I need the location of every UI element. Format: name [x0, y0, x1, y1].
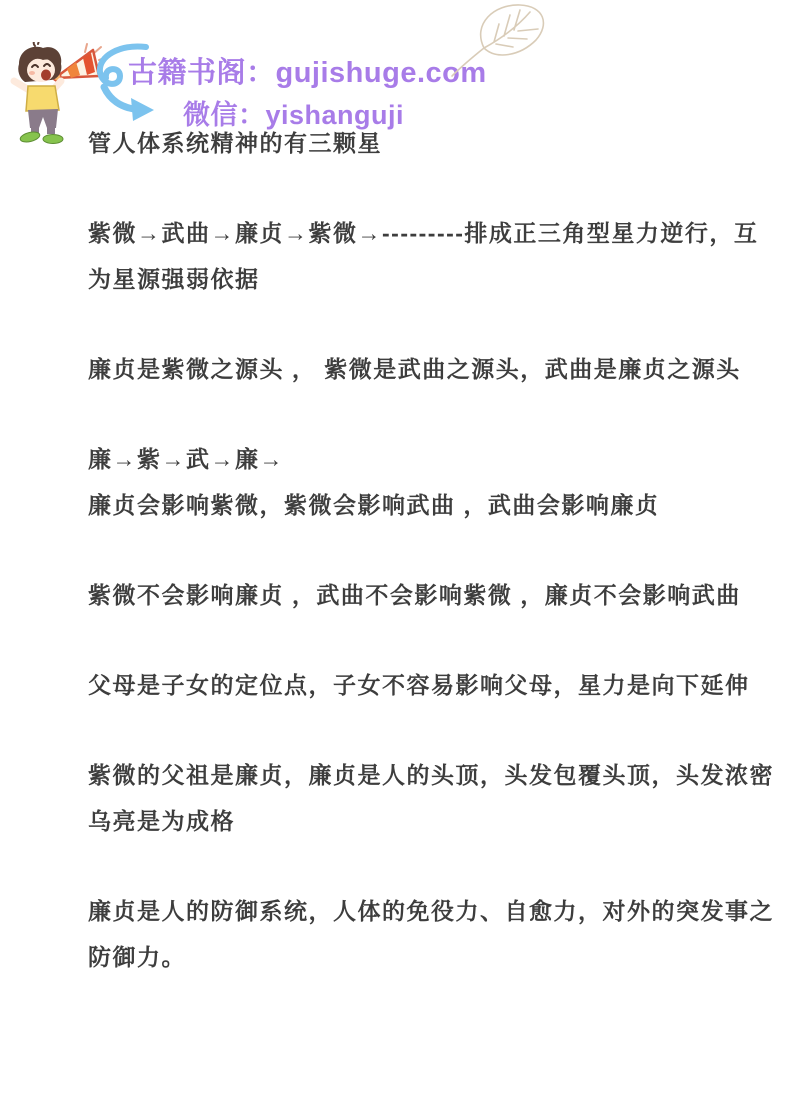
document-body: 管人体系统精神的有三颗星 紫微→武曲→廉贞→紫微→---------排成正三角型…	[88, 120, 728, 1024]
paragraph: 廉贞是紫微之源头 ， 紫微是武曲之源头，武曲是廉贞之源头	[88, 346, 728, 392]
text-line: 乌亮是为成格	[88, 798, 728, 844]
text-line: 廉贞会影响紫微，紫微会影响武曲 ，武曲会影响廉贞	[88, 482, 728, 528]
text-line: 廉贞是人的防御系统，人体的免役力、自愈力，对外的突发事之	[88, 888, 728, 934]
paragraph: 廉贞是人的防御系统，人体的免役力、自愈力，对外的突发事之 防御力。	[88, 888, 728, 980]
text-line: 为星源强弱依据	[88, 256, 728, 302]
scanned-document-page: 古籍书阁：gujishuge.com 微信：yishanguji 管人体系统精神…	[0, 0, 786, 1101]
leaf-outline-icon	[446, 2, 556, 80]
text-line: 管人体系统精神的有三颗星	[88, 120, 728, 166]
text-line: 紫微的父祖是廉贞，廉贞是人的头顶，头发包覆头顶，头发浓密	[88, 752, 728, 798]
text-line: 廉→紫→武→廉→	[88, 436, 728, 482]
text-line: 防御力。	[88, 934, 728, 980]
paragraph: 管人体系统精神的有三颗星	[88, 120, 728, 166]
paragraph: 紫微→武曲→廉贞→紫微→---------排成正三角型星力逆行，互 为星源强弱依…	[88, 210, 728, 302]
text-line: 紫微不会影响廉贞 ，武曲不会影响紫微 ，廉贞不会影响武曲	[88, 572, 728, 618]
text-line: 廉贞是紫微之源头 ， 紫微是武曲之源头，武曲是廉贞之源头	[88, 346, 728, 392]
text-line: 父母是子女的定位点，子女不容易影响父母，星力是向下延伸	[88, 662, 728, 708]
watermark-site-line: 古籍书阁：gujishuge.com	[128, 50, 487, 91]
paragraph: 廉→紫→武→廉→ 廉贞会影响紫微，紫微会影响武曲 ，武曲会影响廉贞	[88, 436, 728, 528]
paragraph: 父母是子女的定位点，子女不容易影响父母，星力是向下延伸	[88, 662, 728, 708]
paragraph: 紫微的父祖是廉贞，廉贞是人的头顶，头发包覆头顶，头发浓密 乌亮是为成格	[88, 752, 728, 844]
text-line: 紫微→武曲→廉贞→紫微→---------排成正三角型星力逆行，互	[88, 210, 728, 256]
paragraph: 紫微不会影响廉贞 ，武曲不会影响紫微 ，廉贞不会影响武曲	[88, 572, 728, 618]
